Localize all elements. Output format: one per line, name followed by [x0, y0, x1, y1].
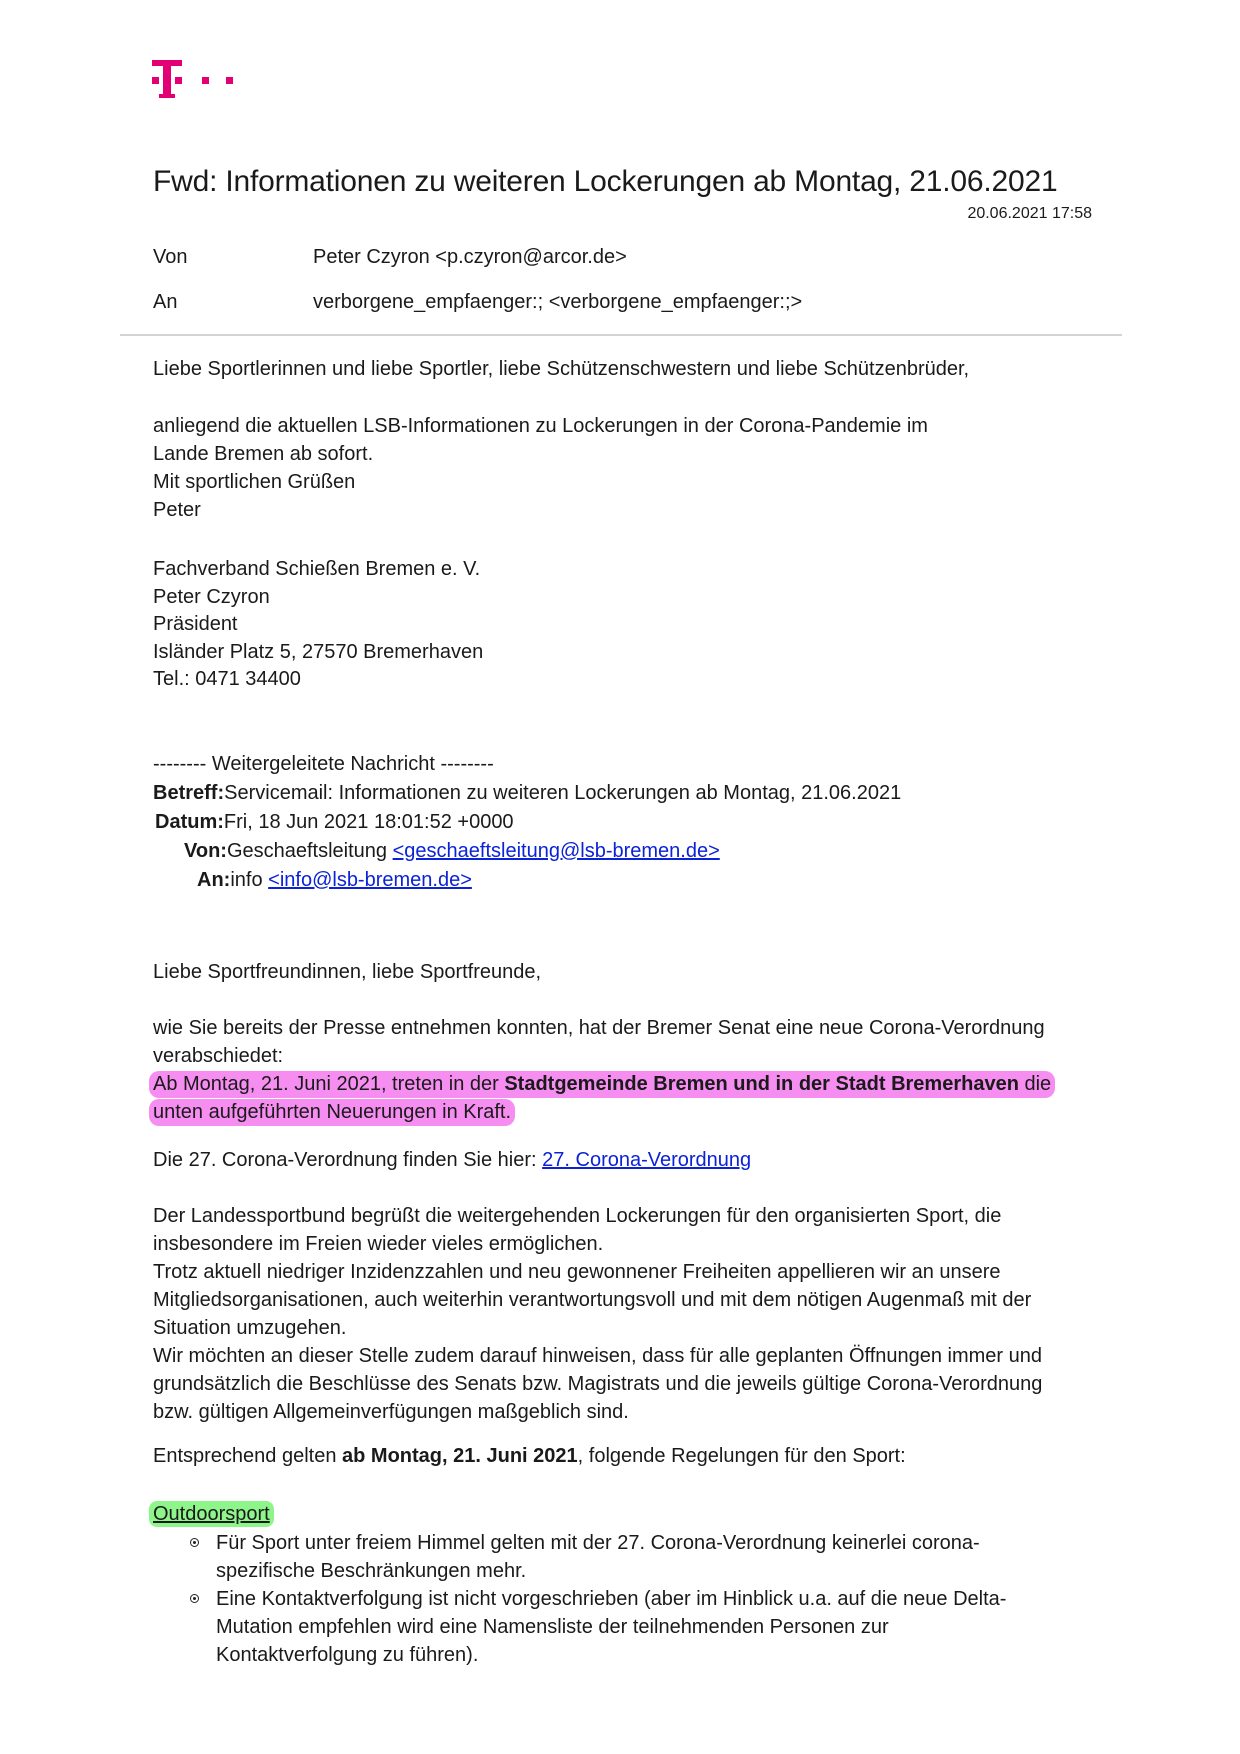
from-value: Peter Czyron <p.czyron@arcor.de> [313, 246, 627, 268]
forwarded-date-label: Datum: [155, 808, 224, 837]
body-intro: anliegend die aktuellen LSB-Informatione… [153, 412, 928, 524]
paragraph-line: bzw. gültigen Allgemeinverfügungen maßge… [153, 1398, 1042, 1426]
email-date: 20.06.2021 17:58 [967, 205, 1092, 223]
intro-line: anliegend die aktuellen LSB-Informatione… [153, 412, 928, 440]
link-intro: Die 27. Corona-Verordnung finden Sie hie… [153, 1149, 542, 1171]
original-paragraph-1: wie Sie bereits der Presse entnehmen kon… [153, 1014, 1055, 1126]
signature-line: Isländer Platz 5, 27570 Bremerhaven [153, 639, 483, 667]
paragraph-text: Entsprechend gelten [153, 1445, 342, 1467]
paragraph-line: insbesondere im Freien wieder vieles erm… [153, 1230, 1042, 1258]
intro-line: Lande Bremen ab sofort. [153, 440, 928, 468]
to-label: An [153, 291, 313, 314]
forwarded-date-row: Datum:Fri, 18 Jun 2021 18:01:52 +0000 [153, 808, 901, 837]
paragraph-line: grundsätzlich die Beschlüsse des Senats … [153, 1370, 1042, 1398]
list-item-line: Mutation empfehlen wird eine Namensliste… [216, 1613, 1006, 1641]
header-divider [120, 334, 1122, 336]
highlight-text: die [1024, 1073, 1051, 1095]
signature-line: Präsident [153, 611, 483, 639]
paragraph-bold-text: ab Montag, 21. Juni 2021 [342, 1445, 578, 1467]
email-signature: Fachverband Schießen Bremen e. V. Peter … [153, 556, 483, 694]
list-item-line: Kontaktverfolgung zu führen). [216, 1641, 1006, 1669]
forwarded-subject-value: Servicemail: Informationen zu weiteren L… [224, 782, 901, 804]
forwarded-from-email-link[interactable]: <geschaeftsleitung@lsb-bremen.de> [393, 840, 720, 862]
forwarded-subject-row: Betreff:Servicemail: Informationen zu we… [153, 779, 901, 808]
forwarded-to-row: An:info <info@lsb-bremen.de> [153, 866, 901, 895]
original-paragraph-3: Entsprechend gelten ab Montag, 21. Juni … [153, 1442, 906, 1470]
list-item: Eine Kontaktverfolgung ist nicht vorgesc… [186, 1585, 1006, 1669]
circle-bullet-icon [190, 1594, 199, 1603]
regulation-link[interactable]: 27. Corona-Verordnung [542, 1149, 751, 1171]
highlight-bold-text: Stadtgemeinde Bremen und in der Stadt Br… [504, 1073, 1024, 1095]
signature-line: Tel.: 0471 34400 [153, 666, 483, 694]
intro-line: Peter [153, 496, 928, 524]
paragraph-text: , folgende Regelungen für den Sport: [578, 1445, 906, 1467]
forwarded-header: -------- Weitergeleitete Nachricht -----… [153, 750, 901, 895]
circle-bullet-icon [190, 1538, 199, 1547]
list-item: Für Sport unter freiem Himmel gelten mit… [186, 1529, 1006, 1585]
forwarded-subject-label: Betreff: [153, 779, 224, 808]
paragraph-line: Trotz aktuell niedriger Inzidenzzahlen u… [153, 1258, 1042, 1286]
list-item-line: spezifische Beschränkungen mehr. [216, 1557, 1006, 1585]
forwarded-date-value: Fri, 18 Jun 2021 18:01:52 +0000 [224, 811, 514, 833]
highlighted-line: Ab Montag, 21. Juni 2021, treten in der … [153, 1070, 1055, 1098]
telekom-logo [152, 60, 242, 100]
forwarded-to-name: info [230, 869, 268, 891]
highlight-text: Ab Montag, 21. Juni 2021, treten in der [153, 1073, 504, 1095]
email-from-row: VonPeter Czyron <p.czyron@arcor.de> [153, 246, 627, 269]
paragraph-line: Situation umzugehen. [153, 1314, 1042, 1342]
pink-highlight: Ab Montag, 21. Juni 2021, treten in der … [149, 1071, 1055, 1098]
signature-line: Fachverband Schießen Bremen e. V. [153, 556, 483, 584]
original-paragraph-2: Der Landessportbund begrüßt die weiterge… [153, 1202, 1042, 1426]
signature-line: Peter Czyron [153, 584, 483, 612]
email-subject: Fwd: Informationen zu weiteren Lockerung… [153, 165, 1057, 199]
highlighted-line: unten aufgeführten Neuerungen in Kraft. [153, 1098, 1055, 1126]
paragraph-line: Wir möchten an dieser Stelle zudem darau… [153, 1342, 1042, 1370]
intro-line: Mit sportlichen Grüßen [153, 468, 928, 496]
pink-highlight: unten aufgeführten Neuerungen in Kraft. [149, 1099, 515, 1126]
regulation-link-row: Die 27. Corona-Verordnung finden Sie hie… [153, 1146, 751, 1174]
list-item-line: Eine Kontaktverfolgung ist nicht vorgesc… [216, 1585, 1006, 1613]
outdoorsport-list: Für Sport unter freiem Himmel gelten mit… [186, 1529, 1006, 1669]
forwarded-separator: -------- Weitergeleitete Nachricht -----… [153, 750, 901, 779]
to-value: verborgene_empfaenger:; <verborgene_empf… [313, 291, 802, 313]
outdoorsport-heading: Outdoorsport [153, 1500, 274, 1528]
email-to-row: Anverborgene_empfaenger:; <verborgene_em… [153, 291, 802, 314]
green-highlight: Outdoorsport [149, 1501, 274, 1527]
paragraph-line: Der Landessportbund begrüßt die weiterge… [153, 1202, 1042, 1230]
original-greeting: Liebe Sportfreundinnen, liebe Sportfreun… [153, 958, 541, 986]
paragraph-line: Mitgliedsorganisationen, auch weiterhin … [153, 1286, 1042, 1314]
from-label: Von [153, 246, 313, 269]
forwarded-to-email-link[interactable]: <info@lsb-bremen.de> [268, 869, 472, 891]
body-greeting: Liebe Sportlerinnen und liebe Sportler, … [153, 355, 969, 383]
paragraph-line: wie Sie bereits der Presse entnehmen kon… [153, 1014, 1055, 1042]
paragraph-line: verabschiedet: [153, 1042, 1055, 1070]
list-item-line: Für Sport unter freiem Himmel gelten mit… [216, 1529, 1006, 1557]
forwarded-from-label: Von: [184, 837, 227, 866]
forwarded-to-label: An: [197, 866, 230, 895]
forwarded-from-name: Geschaeftsleitung [227, 840, 393, 862]
forwarded-from-row: Von:Geschaeftsleitung <geschaeftsleitung… [153, 837, 901, 866]
